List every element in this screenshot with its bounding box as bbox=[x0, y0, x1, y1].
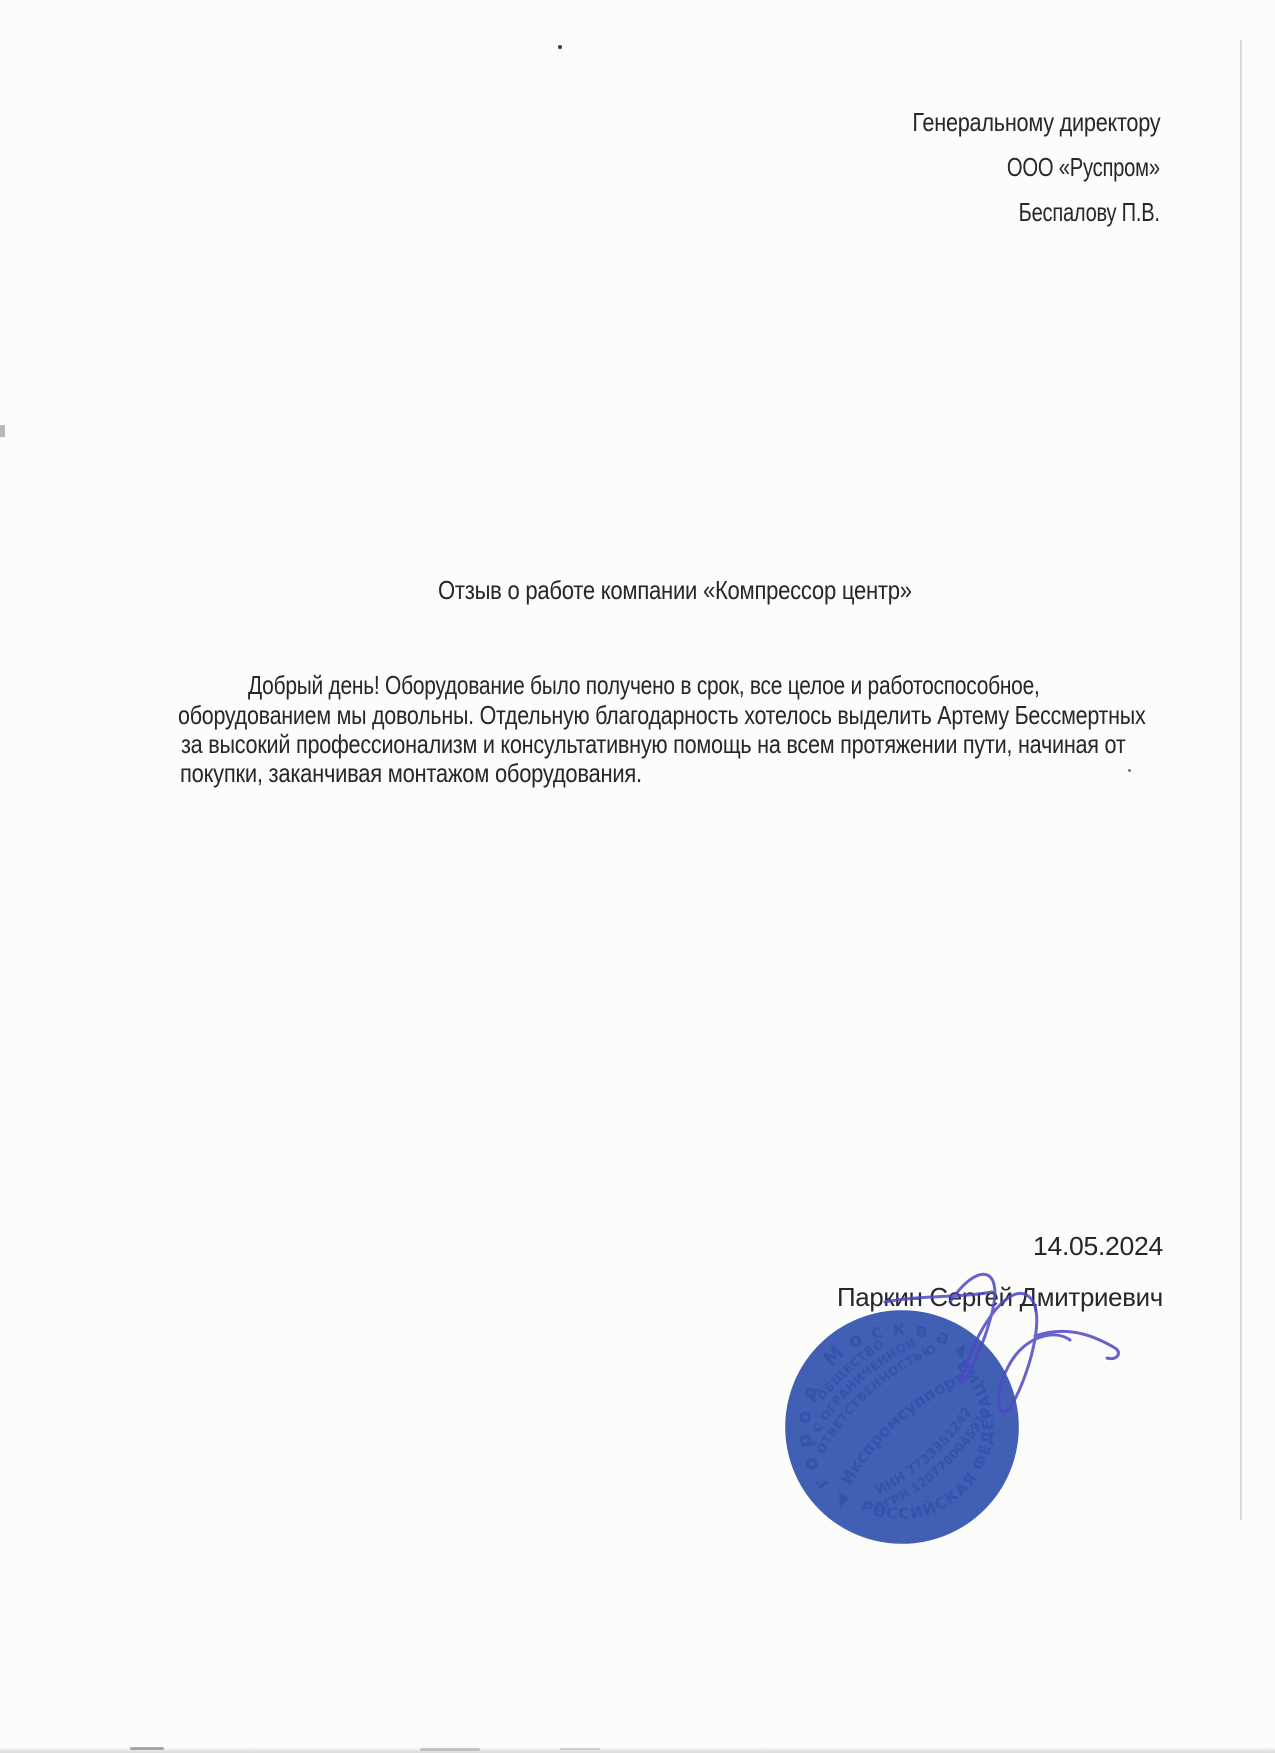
scan-smudge bbox=[420, 1748, 480, 1751]
recipient-line-1: Генеральному директору bbox=[912, 108, 1160, 138]
body-line: за высокий профессионализм и консультати… bbox=[181, 730, 1125, 760]
body-line: покупки, заканчивая монтажом оборудовани… bbox=[180, 759, 642, 789]
ink-speck bbox=[558, 45, 562, 49]
body-line: оборудованием мы довольны. Отдельную бла… bbox=[178, 701, 1145, 731]
scanned-letter-page: Генеральному директору ООО «Руспром» Бес… bbox=[0, 0, 1275, 1753]
recipient-line-2: ООО «Руспром» bbox=[1007, 153, 1160, 183]
recipient-line-3: Беспалову П.В. bbox=[1019, 198, 1160, 228]
signature-stroke bbox=[885, 1292, 992, 1302]
letter-title: Отзыв о работе компании «Компрессор цент… bbox=[438, 576, 912, 606]
scan-smudge bbox=[560, 1748, 600, 1750]
scan-smudge bbox=[130, 1747, 164, 1750]
ink-speck bbox=[1128, 769, 1131, 772]
scan-edge-line bbox=[1240, 40, 1242, 1520]
handwritten-signature bbox=[830, 1240, 1130, 1440]
scan-bottom-edge bbox=[0, 1747, 1275, 1753]
body-line: Добрый день! Оборудование было получено … bbox=[248, 671, 1040, 701]
scan-edge-tick bbox=[0, 425, 5, 437]
